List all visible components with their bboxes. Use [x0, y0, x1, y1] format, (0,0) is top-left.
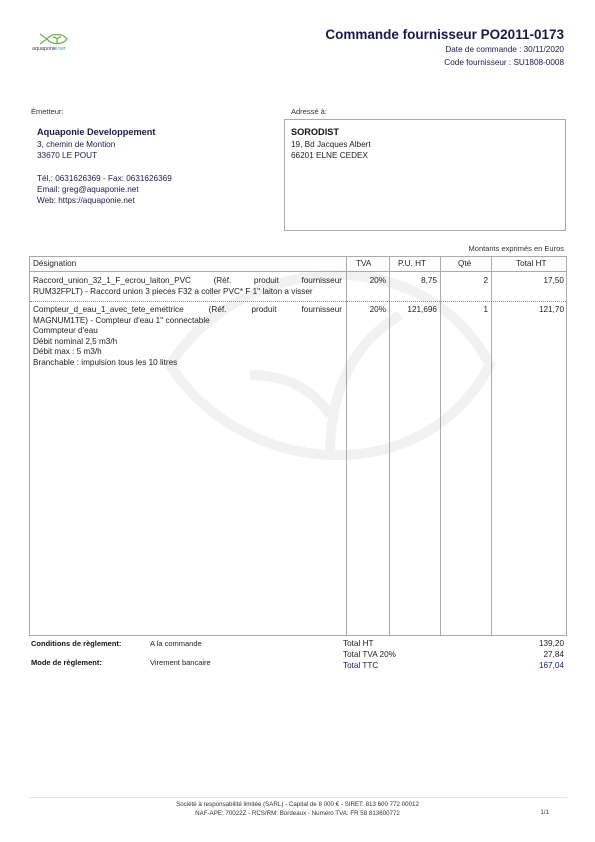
row-tva: 20% — [346, 276, 386, 285]
payment-terms-label: Conditions de règlement: — [31, 639, 121, 648]
row-divider — [30, 301, 566, 302]
row-tva: 20% — [346, 305, 386, 314]
sender-name: Aquaponie Developpement — [37, 127, 155, 137]
recipient-name: SORODIST — [291, 127, 339, 137]
sender-address1: 3, chemin de Montion — [37, 140, 115, 149]
sender-phone: Tél.: 0631626369 - Fax: 0631626369 — [37, 174, 172, 183]
total-ht-value: 139,20 — [539, 639, 564, 648]
row-pu-ht: 8,75 — [389, 276, 437, 285]
row-description-line2: RUM32FPLT) - Raccord union 3 pieces F32 … — [33, 287, 342, 298]
row-qty: 2 — [440, 276, 488, 285]
row-description-extra: Débit max : 5 m3/h — [33, 347, 342, 358]
total-tva-label: Total TVA 20% — [343, 650, 396, 659]
row-pu-ht: 121,696 — [389, 305, 437, 314]
sender-email: Email: greg@aquaponie.net — [37, 185, 139, 194]
table-row: Raccord_union_32_1_F_ecrou_laiton_PVC (R… — [33, 276, 342, 297]
fish-sprout-icon — [39, 32, 69, 46]
payment-mode-label: Mode de règlement: — [31, 658, 102, 667]
header-qty: Qté — [458, 259, 471, 268]
currency-note: Montants exprimés en Euros — [469, 244, 564, 253]
logo-text: aquaponie.net — [32, 46, 66, 52]
sender-web: Web: https://aquaponie.net — [37, 196, 135, 205]
document-title: Commande fournisseur PO2011-0173 — [325, 27, 564, 42]
sender-box: Aquaponie Developpement 3, chemin de Mon… — [31, 119, 276, 229]
header-designation: Désignation — [33, 259, 76, 268]
sender-address2: 33670 LE POUT — [37, 151, 97, 160]
header-pu-ht: P.U. HT — [398, 259, 426, 268]
table-row: Compteur_d_eau_1_avec_tete_emettrice (Ré… — [33, 305, 342, 368]
page-number: 1/1 — [540, 809, 549, 816]
row-description-extra: Branchable : impulsion tous les 10 litre… — [33, 358, 342, 369]
recipient-address1: 19, Bd Jacques Albert — [291, 140, 371, 149]
row-description-extra: Commpteur d'eau — [33, 326, 342, 337]
recipient-label: Adressé à: — [291, 107, 327, 116]
sender-label: Émetteur: — [31, 107, 64, 116]
footer-legal-line1: Société à responsabilité limitée (SARL) … — [100, 800, 495, 809]
row-total-ht: 121,70 — [491, 305, 564, 314]
row-total-ht: 17,50 — [491, 276, 564, 285]
total-ttc-value: 167,04 — [539, 661, 564, 670]
total-ht-label: Total HT — [343, 639, 373, 648]
order-lines-table: Désignation TVA P.U. HT Qté Total HT Rac… — [29, 256, 567, 636]
row-description-line2: MAGNUM1TE) - Compteur d'eau 1'' connecta… — [33, 316, 342, 327]
total-ttc-label: Total TTC — [343, 661, 378, 670]
header-total-ht: Total HT — [516, 259, 546, 268]
total-tva-value: 27,84 — [544, 650, 565, 659]
row-description-extra: Débit nominal 2,5 m3/h — [33, 337, 342, 348]
row-description-line1: Raccord_union_32_1_F_ecrou_laiton_PVC (R… — [33, 276, 342, 287]
order-date: Date de commande : 30/11/2020 — [445, 45, 564, 54]
supplier-code: Code fournisseur : SU1808-0008 — [444, 58, 564, 67]
footer-divider — [29, 797, 567, 798]
company-logo: aquaponie.net — [30, 30, 80, 56]
payment-mode-value: Virement bancaire — [150, 658, 211, 667]
header-tva: TVA — [356, 259, 371, 268]
row-qty: 1 — [440, 305, 488, 314]
row-description-line1: Compteur_d_eau_1_avec_tete_emettrice (Ré… — [33, 305, 342, 316]
footer-legal-line2: NAF-APE: 70022Z - RCS/RM: Bordeaux - Num… — [100, 809, 495, 818]
payment-terms-value: A la commande — [150, 639, 202, 648]
recipient-box: SORODIST 19, Bd Jacques Albert 66201 ELN… — [284, 119, 566, 231]
header-divider — [30, 271, 566, 272]
recipient-address2: 66201 ELNE CEDEX — [291, 151, 368, 160]
